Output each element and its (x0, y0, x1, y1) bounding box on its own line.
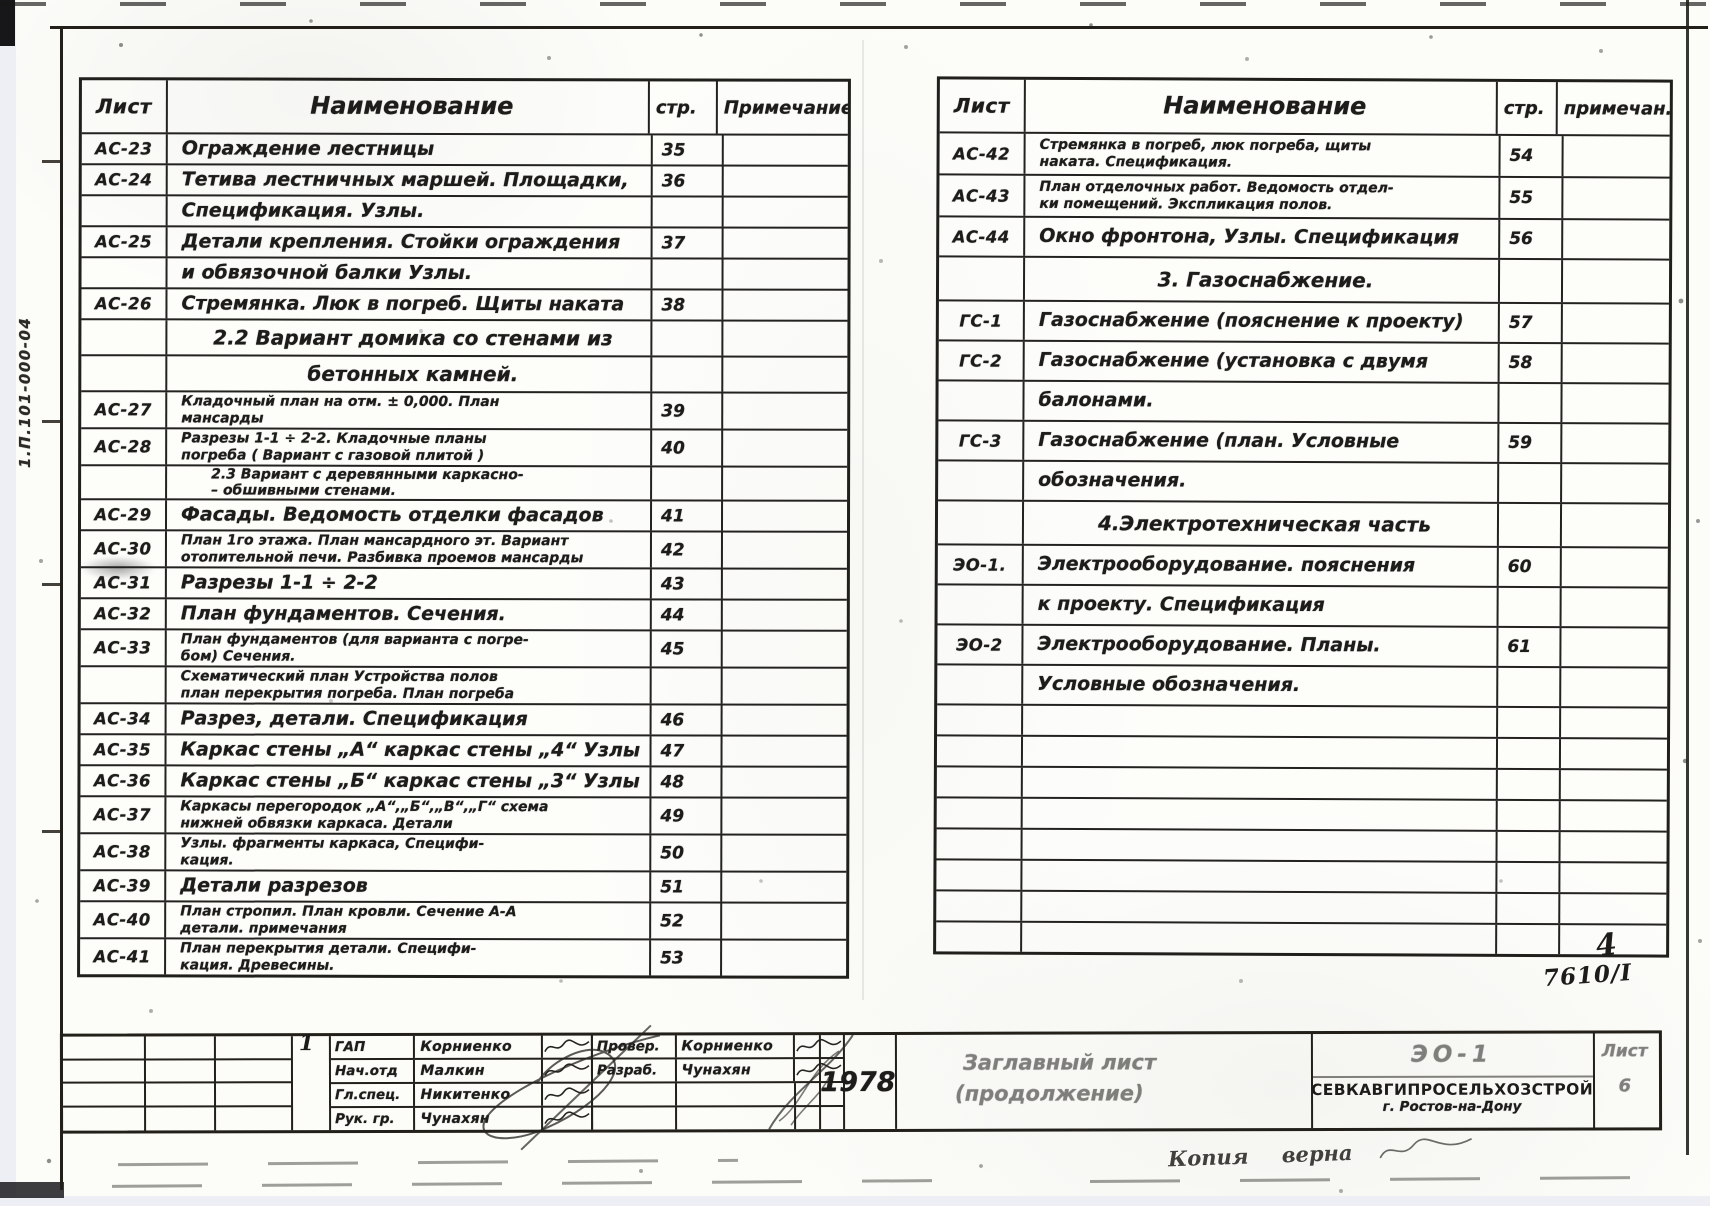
year-box: 1978 (819, 1035, 897, 1129)
org-name: СЕВКАВГИПРОСЕЛЬХОЗСТРОЙ (1311, 1080, 1593, 1099)
fold-tick (42, 583, 61, 586)
table-row: и обвязочной балки Узлы. (82, 256, 848, 289)
sheet-cell: АС-34 (81, 704, 167, 733)
name-cell: балонами. (1024, 382, 1499, 422)
sheet-cell (939, 257, 1025, 299)
revision-grid (63, 1036, 293, 1130)
table-row: АС-38 Узлы. фрагменты каркаса, Специфи- … (80, 832, 846, 871)
page-cell (1497, 925, 1560, 954)
note-cell (723, 468, 847, 500)
page-cell: 38 (652, 290, 723, 319)
role-label: Рук. гр. (331, 1108, 415, 1130)
sheet-cell: АС-42 (939, 133, 1025, 173)
doc-title: Заглавный лист (963, 1050, 1156, 1074)
scan-smear-line (118, 1159, 738, 1166)
page-cell: 40 (652, 430, 723, 465)
name-cell: Газоснабжение (установка с двумя (1025, 342, 1500, 382)
note-cell (724, 198, 848, 227)
name-cell: Разрезы 1-1 ÷ 2-2 (167, 568, 652, 598)
page-cell: 50 (651, 835, 722, 870)
table-row: АС-44 Окно фронтона, Узлы. Спецификация … (939, 215, 1669, 258)
name-cell: бетонных камней. (167, 356, 652, 391)
sheet-cell (82, 196, 168, 225)
sheet-cell (82, 258, 168, 287)
note-cell (1561, 668, 1667, 706)
frame-left-line (60, 26, 63, 1190)
note-cell (723, 601, 847, 630)
sheet-cell (938, 461, 1024, 499)
page-cell: 39 (652, 393, 723, 428)
name-cell: Стремянка. Люк в погреб. Щиты наката (167, 289, 652, 319)
page-cell: 58 (1500, 344, 1563, 382)
note-cell (1561, 832, 1667, 861)
name-cell: Условные обозначения. (1023, 666, 1498, 706)
role-label: Нач.отд (331, 1060, 415, 1082)
name-cell: План отделочных работ. Ведомость отдел- … (1025, 176, 1500, 218)
table-row: АС-23 Ограждение лестницы 35 (82, 134, 848, 165)
page-cell (1498, 832, 1561, 861)
table-row: обозначения. (938, 459, 1668, 502)
table-row: АС-30 План 1го этажа. План мансардного э… (81, 529, 847, 568)
page-cell (1498, 668, 1561, 706)
name-cell: Детали разрезов (166, 871, 651, 901)
sheet-number-box: Лист 6 (1593, 1033, 1657, 1127)
note-cell (723, 669, 847, 704)
sheet-label: Лист (1593, 1041, 1657, 1061)
page-cell: 51 (651, 872, 722, 901)
table-row: к проекту. Спецификация (938, 583, 1668, 626)
handwritten-sheet-note: 4 (1594, 927, 1618, 964)
name-cell: План 1го этажа. План мансардного эт. Вар… (167, 531, 652, 567)
sheet-cell: ЭО-2 (937, 625, 1023, 663)
copy-note: Копия верна (1168, 1135, 1475, 1172)
note-cell (724, 136, 848, 165)
table-row: АС-43 План отделочных работ. Ведомость о… (939, 173, 1669, 218)
sheet-cell (937, 705, 1023, 734)
note-cell (723, 394, 847, 429)
sheet-cell: АС-30 (81, 531, 167, 566)
note-cell (723, 322, 847, 356)
table-body: АС-23 Ограждение лестницы 35 АС-24 Тетив… (80, 134, 848, 976)
page-cell: 55 (1500, 178, 1563, 218)
frame-right-line (1686, 0, 1689, 1155)
note-cell (723, 533, 847, 568)
table-row: АС-26 Стремянка. Люк в погреб. Щиты нака… (81, 287, 847, 320)
name-cell: Каркасы перегородок „А“,„Б“,„В“,„Г“ схем… (166, 797, 651, 833)
page-cell: 61 (1498, 628, 1561, 666)
sheet-cell (937, 665, 1023, 703)
note-cell (1562, 588, 1668, 626)
page-cell (1499, 504, 1562, 546)
scan-blob-bottom-left (0, 1182, 64, 1198)
table-row: ГС-2 Газоснабжение (установка с двумя 58 (939, 339, 1669, 382)
page-cell: 44 (652, 600, 723, 629)
revision-cell (146, 1107, 216, 1131)
table-row: 4.Электротехническая часть (938, 499, 1668, 546)
name-cell: 4.Электротехническая часть (1024, 502, 1499, 546)
name-cell: Газоснабжение (план. Условные (1024, 422, 1499, 462)
fold-shadow (862, 40, 864, 1000)
fold-tick (42, 420, 61, 423)
revision-cell (216, 1060, 291, 1084)
sheet-cell: АС-24 (82, 165, 168, 194)
revision-cell (146, 1060, 216, 1084)
sheet-cell: АС-33 (81, 630, 167, 665)
sheet-cell (938, 381, 1024, 419)
page-cell: 37 (653, 228, 724, 257)
note-cell (1561, 708, 1667, 737)
name-cell (1023, 768, 1498, 799)
table-header-row: Лист Наименование стр. примечан. (940, 79, 1670, 136)
role-label: ГАП (331, 1036, 415, 1058)
page-cell: 53 (651, 940, 722, 975)
sheet-cell: АС-44 (939, 217, 1025, 255)
note-cell (722, 768, 846, 797)
revision-cell (216, 1107, 291, 1131)
note-cell (1563, 220, 1669, 258)
page-cell: 54 (1500, 136, 1563, 176)
table-row: АС-40 План стропил. План кровли. Сечение… (80, 900, 846, 939)
page-cell (652, 357, 723, 391)
revision-cell (63, 1060, 146, 1084)
page-cell (653, 259, 724, 288)
note-cell (1560, 894, 1666, 923)
name-cell: Каркас стены „А“ каркас стены „4“ Узлы (167, 735, 652, 765)
note-cell (1561, 801, 1667, 830)
right-sheet-index-table: Лист Наименование стр. примечан. АС-42 С… (933, 76, 1673, 957)
note-cell (724, 260, 848, 289)
name-cell: Фасады. Ведомость отделки фасадов (167, 500, 652, 530)
sheet-cell (81, 667, 167, 702)
table-row: ГС-3 Газоснабжение (план. Условные 59 (938, 419, 1668, 462)
name-cell: обозначения. (1024, 462, 1499, 502)
page-cell (1497, 863, 1560, 892)
page-cell (1499, 464, 1562, 502)
table-row (936, 858, 1666, 892)
page-cell (652, 467, 723, 499)
revision-cell (216, 1083, 291, 1107)
note-cell (1561, 770, 1667, 799)
name-cell: 2.3 Вариант с деревянными каркасно- – об… (167, 466, 652, 499)
name-cell (1022, 861, 1497, 892)
org-city: г. Ростов-на-Дону (1311, 1098, 1593, 1115)
table-row: АС-41 План перекрытия детали. Специфи- к… (80, 937, 846, 976)
name-cell: Спецификация. Узлы. (168, 196, 653, 226)
name-cell (1022, 923, 1497, 954)
scan-blob-top-left (0, 0, 15, 46)
sheet-cell (937, 767, 1023, 796)
sheet-cell: АС-25 (82, 227, 168, 256)
sheet-cell: АС-23 (82, 134, 168, 163)
sheet-cell: АС-32 (81, 599, 167, 628)
note-cell (723, 502, 847, 531)
year-value: 1978 (820, 1066, 895, 1097)
note-cell (723, 706, 847, 735)
table-row: 2.3 Вариант с деревянными каркасно- – об… (81, 464, 847, 500)
note-cell (724, 229, 848, 258)
page-cell (1499, 588, 1562, 626)
sheet-cell: АС-37 (80, 797, 166, 832)
page-cell: 60 (1499, 548, 1562, 586)
name-cell: Ограждение лестницы (168, 134, 653, 164)
sheet-cell: АС-39 (80, 871, 166, 900)
note-cell (1562, 548, 1668, 586)
note-cell (723, 632, 847, 667)
name-cell: Электрооборудование. пояснения (1024, 546, 1499, 586)
sheet-cell: АС-35 (81, 735, 167, 764)
header-sheet: Лист (940, 79, 1026, 131)
note-cell (722, 836, 846, 871)
scanned-drawing-index-sheet: 1.П.101-000-04 Лист Наименование стр. Пр… (0, 0, 1710, 1206)
page-cell (652, 668, 723, 703)
role-label: Гл.спец. (331, 1084, 415, 1106)
sheet-cell: АС-26 (81, 289, 167, 318)
note-cell (1563, 260, 1669, 302)
page-cell (1498, 708, 1561, 737)
page-cell: 35 (653, 135, 724, 164)
designation: ЭО-1 (1311, 1033, 1593, 1078)
sheet-cell: АС-29 (81, 500, 167, 529)
name-cell: Стремянка в погреб, люк погреба, щиты на… (1025, 134, 1500, 176)
sheet-cell: АС-36 (80, 766, 166, 795)
revision-cell (63, 1083, 146, 1107)
name-cell: Детали крепления. Стойки ограждения (168, 227, 653, 257)
table-row: ЭО-1. Электрооборудование. пояснения 60 (938, 543, 1668, 586)
fold-tick (42, 160, 61, 163)
copy-note-text: Копия верна (1168, 1139, 1353, 1170)
table-row (937, 765, 1667, 799)
header-name: Наименование (1026, 80, 1498, 134)
name-cell: Окно фронтона, Узлы. Спецификация (1025, 218, 1500, 258)
name-cell: Газоснабжение (пояснение к проекту) (1025, 302, 1500, 342)
note-cell (722, 799, 846, 834)
doc-title-continued: (продолжение) (955, 1081, 1144, 1105)
name-cell (1023, 737, 1498, 768)
table-row: Схематический план Устройства полов план… (81, 665, 847, 704)
table-header-row: Лист Наименование стр. Примечание (82, 80, 848, 136)
name-cell (1023, 830, 1498, 861)
table-row (936, 920, 1666, 954)
name-cell (1022, 892, 1497, 923)
table-row: АС-25 Детали крепления. Стойки ограждени… (82, 225, 848, 258)
sheet-cell (938, 501, 1024, 543)
table-body: АС-42 Стремянка в погреб, люк погреба, щ… (936, 133, 1670, 954)
table-row: 3. Газоснабжение. (939, 255, 1669, 302)
table-row: АС-33 План фундаментов (для варианта с п… (81, 628, 847, 667)
sheet-cell (81, 320, 167, 354)
header-name: Наименование (168, 80, 650, 133)
revision-cell (63, 1036, 146, 1060)
revision-cell (216, 1036, 291, 1060)
note-cell (724, 167, 848, 196)
table-row: АС-36 Каркас стены „Б“ каркас стены „3“ … (80, 764, 846, 797)
page-cell: 42 (652, 532, 723, 567)
doc-title-area: Заглавный лист (продолжение) (893, 1034, 1313, 1129)
fold-tick (42, 830, 61, 833)
sheet-cell: ГС-3 (938, 421, 1024, 459)
page-cell (1498, 770, 1561, 799)
sheet-cell: АС-41 (80, 939, 166, 974)
sheet-cell (937, 798, 1023, 827)
sheet-cell: ГС-2 (939, 341, 1025, 379)
table-row: 2.2 Вариант домика со стенами из (81, 318, 847, 356)
name-cell: План перекрытия детали. Специфи- кация. … (166, 939, 651, 975)
page-cell: 57 (1500, 304, 1563, 342)
table-row: АС-39 Детали разрезов 51 (80, 869, 846, 902)
sheet-cell: АС-43 (939, 175, 1025, 215)
header-page: стр. (1498, 82, 1558, 134)
table-row: АС-29 Фасады. Ведомость отделки фасадов … (81, 498, 847, 531)
page-cell: 49 (651, 798, 722, 833)
vertical-doc-code: 1.П.101-000-04 (16, 317, 34, 468)
name-cell: Схематический план Устройства полов план… (167, 667, 652, 703)
scan-smear-line (1090, 1176, 1650, 1183)
handwritten-mark: 1 (299, 1030, 314, 1056)
note-cell (1563, 344, 1669, 382)
sheet-cell (81, 356, 167, 390)
page-cell: 46 (652, 705, 723, 734)
sheet-cell (936, 891, 1022, 920)
page-cell (653, 197, 724, 226)
name-cell: к проекту. Спецификация (1024, 586, 1499, 626)
table-row (937, 796, 1667, 830)
page-cell: 52 (651, 903, 722, 938)
name-cell: Кладочный план на отм. ± 0,000. План ман… (167, 392, 652, 428)
header-note: Примечание (718, 82, 848, 134)
table-row: АС-34 Разрез, детали. Спецификация 46 (81, 702, 847, 735)
page-cell (1498, 801, 1561, 830)
note-cell (722, 873, 846, 902)
name-cell (1023, 799, 1498, 830)
page-cell (1500, 260, 1563, 302)
table-row: АС-32 План фундаментов. Сечения. 44 (81, 597, 847, 630)
note-cell (1561, 739, 1667, 768)
note-cell (722, 941, 846, 976)
page-cell (1497, 894, 1560, 923)
table-row: АС-37 Каркасы перегородок „А“,„Б“,„В“,„Г… (80, 795, 846, 834)
scan-edge-strip-bottom (0, 1196, 1710, 1206)
title-block: 1 ГАП Корниенко Нач.отд Малкин (60, 1030, 1662, 1133)
table-row: Условные обозначения. (937, 663, 1667, 706)
name-cell: Электрооборудование. Планы. (1023, 626, 1498, 666)
sheet-cell: ГС-1 (939, 301, 1025, 339)
page-cell: 43 (652, 569, 723, 598)
note-cell (1562, 504, 1668, 546)
name-cell: 2.2 Вариант домика со стенами из (167, 320, 652, 355)
page-cell: 56 (1500, 220, 1563, 258)
page-cell: 41 (652, 501, 723, 530)
table-row (936, 889, 1666, 923)
note-cell (723, 431, 847, 466)
name-cell: План стропил. План кровли. Сечение А-А д… (166, 902, 651, 938)
note-cell (723, 291, 847, 320)
signature-flourish-icon (455, 1021, 675, 1151)
note-cell (1562, 464, 1668, 502)
revision-cell (146, 1083, 216, 1107)
signature-scribble-icon (1378, 1135, 1475, 1164)
page-cell (1499, 384, 1562, 422)
left-sheet-index-table: Лист Наименование стр. Примечание АС-23 … (77, 77, 851, 979)
designation-box: ЭО-1 СЕВКАВГИПРОСЕЛЬХОЗСТРОЙ г. Ростов-н… (1311, 1033, 1595, 1128)
table-row (937, 734, 1667, 768)
note-cell (1560, 863, 1666, 892)
project-code: 7610/I (1542, 959, 1633, 992)
scan-noise (0, 0, 2, 2)
header-sheet: Лист (82, 80, 168, 132)
scan-top-edge-dashes (0, 2, 1706, 6)
page-cell: 45 (652, 631, 723, 666)
note-cell (1563, 136, 1669, 176)
header-note: примечан. (1558, 82, 1670, 134)
revision-cell (63, 1107, 146, 1131)
name-cell: Каркас стены „Б“ каркас стены „3“ Узлы (166, 766, 651, 796)
note-cell (723, 737, 847, 766)
table-row: ЭО-2 Электрооборудование. Планы. 61 (937, 623, 1667, 666)
name-cell: Узлы. фрагменты каркаса, Специфи- кация. (166, 834, 651, 870)
name-cell: и обвязочной балки Узлы. (168, 258, 653, 288)
frame-top-line (50, 26, 1708, 29)
note-cell (723, 358, 847, 392)
sheet-cell: АС-40 (80, 902, 166, 937)
header-page: стр. (650, 81, 718, 133)
note-cell (1562, 424, 1668, 462)
sheet-cell (936, 860, 1022, 889)
sheet-cell (938, 585, 1024, 623)
scan-edge-strip-left (0, 0, 16, 1206)
page-cell: 48 (651, 767, 722, 796)
sheet-cell (937, 829, 1023, 858)
table-row: АС-27 Кладочный план на отм. ± 0,000. Пл… (81, 390, 847, 429)
sheet-cell (81, 466, 167, 498)
note-cell (1563, 178, 1669, 218)
name-cell: Разрезы 1-1 ÷ 2-2. Кладочные планы погре… (167, 429, 652, 465)
sheet-number: 6 (1593, 1075, 1657, 1096)
name-cell: План фундаментов (для варианта с погре- … (167, 630, 652, 666)
table-row (937, 703, 1667, 737)
table-row: балонами. (938, 379, 1668, 422)
sheet-cell (937, 736, 1023, 765)
table-row (937, 827, 1667, 861)
revision-cell (146, 1036, 216, 1060)
sheet-cell (936, 922, 1022, 951)
name-cell: Тетива лестничных маршей. Площадки, (168, 165, 653, 195)
table-row: АС-31 Разрезы 1-1 ÷ 2-2 43 (81, 566, 847, 599)
page-cell: 47 (652, 736, 723, 765)
sheet-cell: АС-27 (81, 392, 167, 427)
note-cell (1562, 384, 1668, 422)
page-cell (652, 321, 723, 355)
sheet-cell: ЭО-1. (938, 545, 1024, 583)
note-cell (722, 904, 846, 939)
sheet-cell: АС-38 (80, 834, 166, 869)
sheet-cell: АС-28 (81, 429, 167, 464)
page-cell: 59 (1499, 424, 1562, 462)
note-cell (723, 570, 847, 599)
table-row: АС-42 Стремянка в погреб, люк погреба, щ… (939, 133, 1669, 176)
name-cell (1023, 706, 1498, 737)
table-row: ГС-1 Газоснабжение (пояснение к проекту)… (939, 299, 1669, 342)
table-row: бетонных камней. (81, 354, 847, 392)
scan-smear-line (112, 1179, 932, 1188)
name-cell: План фундаментов. Сечения. (167, 599, 652, 629)
sheet-cell: АС-31 (81, 568, 167, 597)
page-cell: 36 (653, 166, 724, 195)
table-row: АС-35 Каркас стены „А“ каркас стены „4“ … (81, 733, 847, 766)
note-cell (1563, 304, 1669, 342)
note-cell (1561, 628, 1667, 666)
table-row: Спецификация. Узлы. (82, 194, 848, 227)
table-row: АС-24 Тетива лестничных маршей. Площадки… (82, 163, 848, 196)
